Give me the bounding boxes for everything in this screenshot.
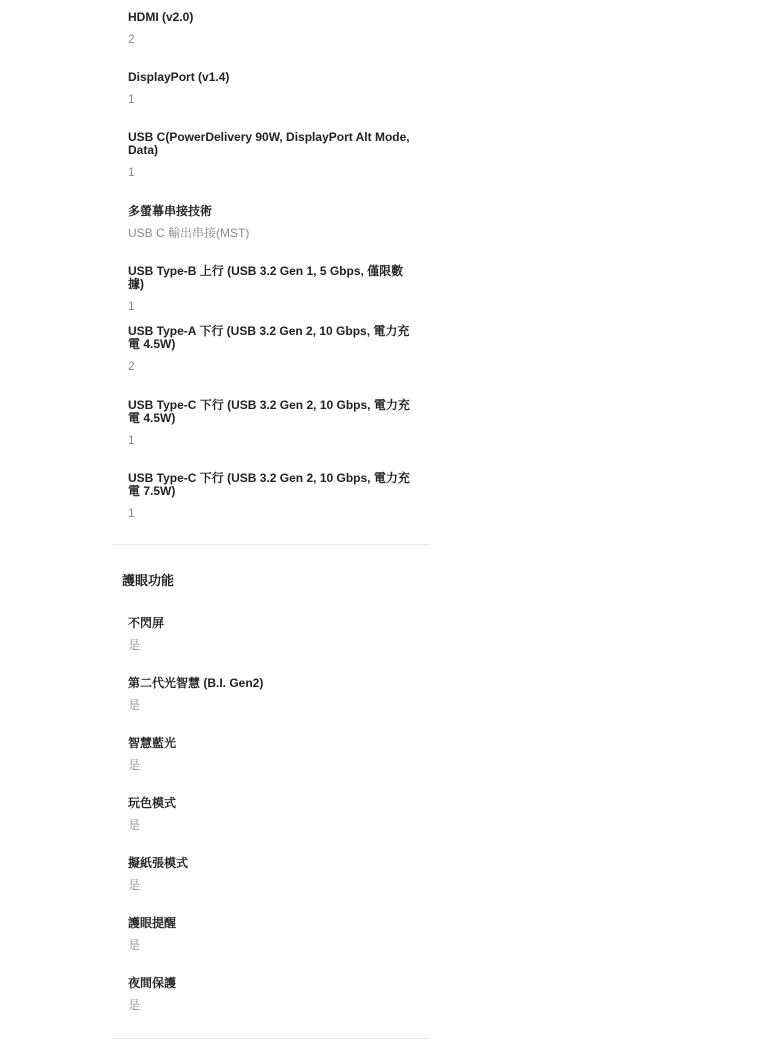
spec-value: 是 bbox=[128, 998, 418, 1012]
spec-item-usb-c-downstream-4-5w: USB Type-C 下行 (USB 3.2 Gen 2, 10 Gbps, 電… bbox=[112, 399, 418, 447]
section-divider bbox=[112, 544, 429, 545]
spec-label: DisplayPort (v1.4) bbox=[128, 71, 418, 84]
spec-item-usb-b-upstream: USB Type-B 上行 (USB 3.2 Gen 1, 5 Gbps, 僅限… bbox=[112, 265, 418, 313]
spec-item-brightness-intelligence: 第二代光智慧 (B.I. Gen2) 是 bbox=[112, 677, 418, 712]
spec-value: 1 bbox=[128, 299, 418, 313]
spec-label: USB C(PowerDelivery 90W, DisplayPort Alt… bbox=[128, 131, 418, 157]
spec-label: 擬紙張模式 bbox=[128, 857, 418, 870]
spec-item-hdmi: HDMI (v2.0) 2 bbox=[112, 11, 418, 46]
spec-item-low-blue-light: 智慧藍光 是 bbox=[112, 737, 418, 772]
spec-item-usb-a-downstream: USB Type-A 下行 (USB 3.2 Gen 2, 10 Gbps, 電… bbox=[112, 325, 418, 373]
spec-value: 1 bbox=[128, 433, 418, 447]
spec-label: 玩色模式 bbox=[128, 797, 418, 810]
spec-label: 第二代光智慧 (B.I. Gen2) bbox=[128, 677, 418, 690]
spec-label: 不閃屏 bbox=[128, 617, 418, 630]
spec-value: 2 bbox=[128, 359, 418, 373]
spec-value: 是 bbox=[128, 638, 418, 652]
spec-item-night-protection: 夜間保護 是 bbox=[112, 977, 418, 1012]
spec-label: 多螢幕串接技術 bbox=[128, 205, 418, 218]
spec-item-eye-care-reminder: 護眼提醒 是 bbox=[112, 917, 418, 952]
spec-item-color-weakness-mode: 玩色模式 是 bbox=[112, 797, 418, 832]
spec-label: USB Type-B 上行 (USB 3.2 Gen 1, 5 Gbps, 僅限… bbox=[128, 265, 418, 291]
section-divider bbox=[112, 1038, 429, 1039]
spec-label: 護眼提醒 bbox=[128, 917, 418, 930]
spec-value: 1 bbox=[128, 165, 418, 179]
spec-value: 2 bbox=[128, 32, 418, 46]
spec-value: 是 bbox=[128, 758, 418, 772]
spec-item-flicker-free: 不閃屏 是 bbox=[112, 617, 418, 652]
spec-label: USB Type-A 下行 (USB 3.2 Gen 2, 10 Gbps, 電… bbox=[128, 325, 418, 351]
spec-item-usb-c: USB C(PowerDelivery 90W, DisplayPort Alt… bbox=[112, 131, 418, 179]
section-title-eye-care: 護眼功能 bbox=[112, 573, 174, 589]
spec-value: 1 bbox=[128, 92, 418, 106]
spec-value: 是 bbox=[128, 938, 418, 952]
spec-item-usb-c-downstream-7-5w: USB Type-C 下行 (USB 3.2 Gen 2, 10 Gbps, 電… bbox=[112, 472, 418, 520]
spec-label: 夜間保護 bbox=[128, 977, 418, 990]
spec-value: 是 bbox=[128, 878, 418, 892]
spec-label: HDMI (v2.0) bbox=[128, 11, 418, 24]
spec-label: 智慧藍光 bbox=[128, 737, 418, 750]
spec-value: 是 bbox=[128, 698, 418, 712]
spec-item-displayport: DisplayPort (v1.4) 1 bbox=[112, 71, 418, 106]
spec-value: 1 bbox=[128, 506, 418, 520]
spec-value: 是 bbox=[128, 818, 418, 832]
spec-value: USB C 輸出串接(MST) bbox=[128, 226, 418, 240]
spec-item-epaper-mode: 擬紙張模式 是 bbox=[112, 857, 418, 892]
spec-label: USB Type-C 下行 (USB 3.2 Gen 2, 10 Gbps, 電… bbox=[128, 472, 418, 498]
spec-label: USB Type-C 下行 (USB 3.2 Gen 2, 10 Gbps, 電… bbox=[128, 399, 418, 425]
spec-item-mst: 多螢幕串接技術 USB C 輸出串接(MST) bbox=[112, 205, 418, 240]
